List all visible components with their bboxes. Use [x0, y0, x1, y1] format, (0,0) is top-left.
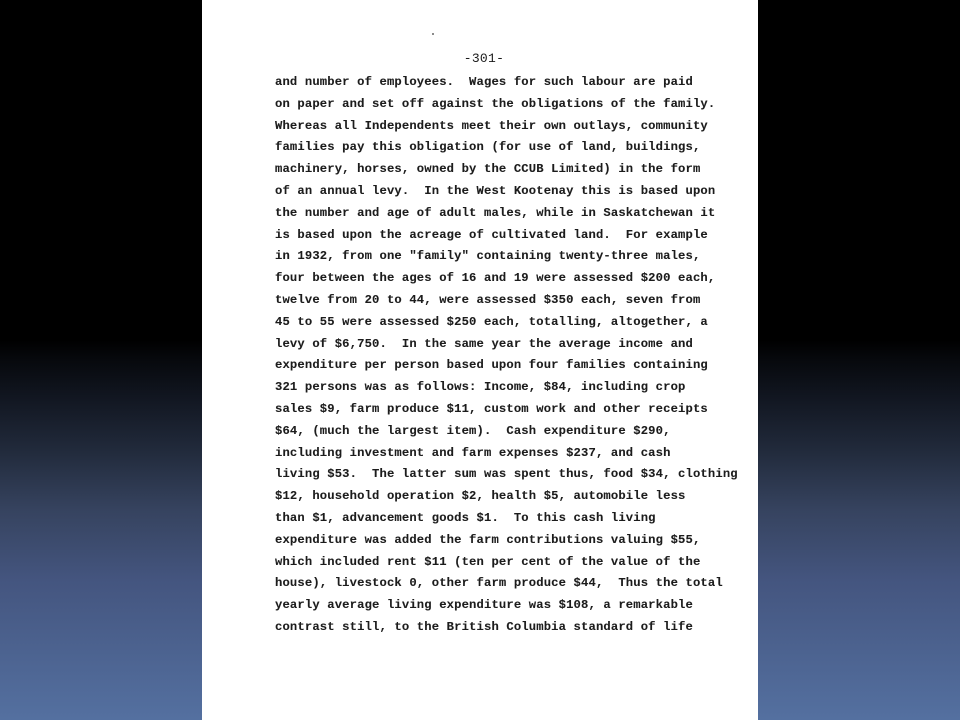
- scan-speck: [432, 33, 434, 35]
- text-line: in 1932, from one "family" containing tw…: [275, 246, 745, 268]
- text-line: and number of employees. Wages for such …: [275, 72, 745, 94]
- text-line: which included rent $11 (ten per cent of…: [275, 552, 745, 574]
- text-line: machinery, horses, owned by the CCUB Lim…: [275, 159, 745, 181]
- text-line: yearly average living expenditure was $1…: [275, 595, 745, 617]
- text-line: of an annual levy. In the West Kootenay …: [275, 181, 745, 203]
- text-line: living $53. The latter sum was spent thu…: [275, 464, 745, 486]
- text-line: four between the ages of 16 and 19 were …: [275, 268, 745, 290]
- text-line: the number and age of adult males, while…: [275, 203, 745, 225]
- text-line: house), livestock 0, other farm produce …: [275, 573, 745, 595]
- page-number: -301-: [202, 51, 758, 66]
- text-line: expenditure was added the farm contribut…: [275, 530, 745, 552]
- text-line: than $1, advancement goods $1. To this c…: [275, 508, 745, 530]
- text-line: including investment and farm expenses $…: [275, 443, 745, 465]
- text-line: levy of $6,750. In the same year the ave…: [275, 334, 745, 356]
- text-line: 321 persons was as follows: Income, $84,…: [275, 377, 745, 399]
- body-text: and number of employees. Wages for such …: [275, 72, 745, 639]
- document-page: -301- and number of employees. Wages for…: [202, 0, 758, 720]
- text-line: is based upon the acreage of cultivated …: [275, 225, 745, 247]
- text-line: sales $9, farm produce $11, custom work …: [275, 399, 745, 421]
- text-line: $12, household operation $2, health $5, …: [275, 486, 745, 508]
- text-line: families pay this obligation (for use of…: [275, 137, 745, 159]
- text-line: $64, (much the largest item). Cash expen…: [275, 421, 745, 443]
- text-line: 45 to 55 were assessed $250 each, totall…: [275, 312, 745, 334]
- text-line: twelve from 20 to 44, were assessed $350…: [275, 290, 745, 312]
- text-line: Whereas all Independents meet their own …: [275, 116, 745, 138]
- text-line: on paper and set off against the obligat…: [275, 94, 745, 116]
- text-line: expenditure per person based upon four f…: [275, 355, 745, 377]
- text-line: contrast still, to the British Columbia …: [275, 617, 745, 639]
